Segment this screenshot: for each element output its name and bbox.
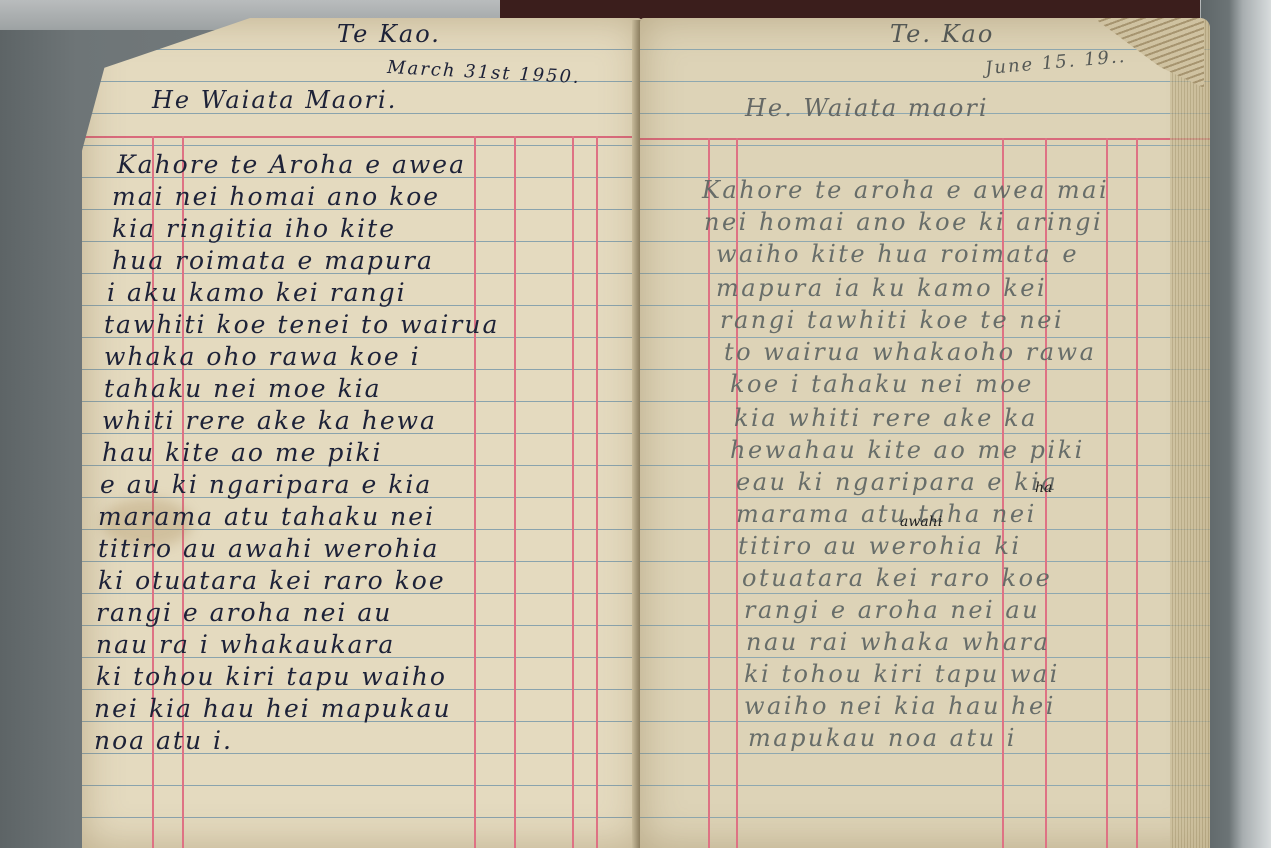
text-line: titiro au werohia ki — [738, 532, 1022, 560]
text-line: mai nei homai ano koe — [112, 182, 440, 211]
text-line: i aku kamo kei rangi — [107, 278, 407, 307]
margin-line — [708, 138, 710, 848]
margin-line — [474, 136, 476, 848]
text-line: nei homai ano koe ki aringi — [704, 208, 1103, 236]
page-edges — [1170, 18, 1210, 848]
left-date: March 31st 1950. — [387, 57, 582, 88]
text-line: mapura ia ku kamo kei — [716, 274, 1047, 302]
right-page: Te. Kao June 15. 19.. He. Waiata maori K… — [640, 18, 1210, 848]
text-line: marama atu tahaku nei — [98, 502, 435, 531]
text-line: otuatara kei raro koe — [742, 564, 1052, 592]
text-line: waiho kite hua roimata e — [716, 240, 1079, 268]
text-line: ki otuatara kei raro koe — [98, 566, 446, 595]
correction-note: awahi — [900, 514, 942, 530]
text-line: hewahau kite ao me piki — [730, 436, 1085, 464]
text-line: waiho nei kia hau hei — [744, 692, 1056, 720]
left-page: Te Kao. March 31st 1950. He Waiata Maori… — [82, 18, 642, 848]
text-line: noa atu i. — [94, 726, 233, 755]
right-title: He. Waiata maori — [745, 94, 989, 122]
margin-line — [1106, 138, 1108, 848]
text-line: Kahore te Aroha e awea — [117, 150, 466, 179]
notebook-cover-edge — [500, 0, 1200, 20]
text-line: marama atu taha nei — [736, 500, 1037, 528]
text-line: nei kia hau hei mapukau — [94, 694, 452, 723]
right-place: Te. Kao — [890, 20, 994, 48]
text-line: whaka oho rawa koe i — [104, 342, 421, 371]
text-line: rangi tawhiti koe te nei — [720, 306, 1064, 334]
text-line: eau ki ngaripara e kia — [736, 468, 1058, 496]
text-line: nau ra i whakaukara — [96, 630, 395, 659]
text-line: Kahore te aroha e awea mai — [702, 176, 1109, 204]
text-line: hau kite ao me piki — [102, 438, 382, 467]
right-date: June 15. 19.. — [984, 46, 1127, 79]
text-line: to wairua whakaoho rawa — [724, 338, 1096, 366]
text-line: mapukau noa atu i — [748, 724, 1017, 752]
text-line: kia ringitia iho kite — [112, 214, 396, 243]
left-place: Te Kao. — [337, 20, 441, 48]
background-sheet — [1201, 0, 1271, 848]
text-line: rangi e aroha nei au — [96, 598, 392, 627]
left-title: He Waiata Maori. — [152, 86, 397, 114]
text-line: koe i tahaku nei moe — [730, 370, 1034, 398]
text-line: titiro au awahi werohia — [98, 534, 439, 563]
margin-line — [596, 136, 598, 848]
text-line: rangi e aroha nei au — [744, 596, 1040, 624]
text-line: kia whiti rere ake ka — [734, 404, 1038, 432]
text-line: tahaku nei moe kia — [104, 374, 382, 403]
text-line: tawhiti koe tenei to wairua — [104, 310, 499, 339]
margin-line — [514, 136, 516, 848]
text-line: nau rai whaka whara — [746, 628, 1050, 656]
text-line: e au ki ngaripara e kia — [100, 470, 432, 499]
text-line: ki tohou kiri tapu wai — [744, 660, 1060, 688]
text-line: whiti rere ake ka hewa — [102, 406, 437, 435]
correction-note: ha — [1035, 480, 1052, 496]
margin-line — [1136, 138, 1138, 848]
margin-line — [572, 136, 574, 848]
text-line: hua roimata e mapura — [112, 246, 434, 275]
text-line: ki tohou kiri tapu waiho — [96, 662, 447, 691]
